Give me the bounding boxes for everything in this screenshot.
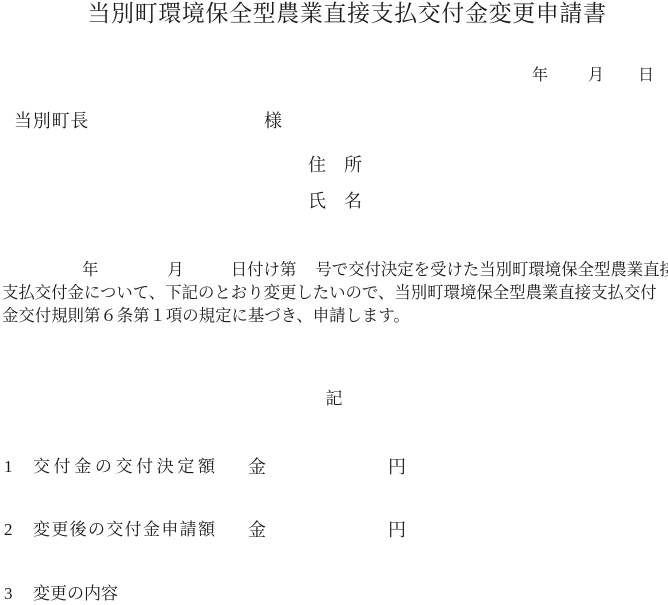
item-row-2: 2 変更後の交付金申請額 金 円 (0, 519, 668, 545)
day-blank-field (184, 259, 231, 275)
application-sentence-line2: 支払交付金について、下記のとおり変更したいので、当別町環境保全型農業直接支払交付 (2, 283, 657, 304)
addressee-name: 当別町長 (14, 110, 89, 133)
date-month-label: 月 (588, 66, 604, 86)
item-row-3: 3 変更の内容 (0, 583, 668, 605)
item-1-currency-suffix-label: 円 (388, 456, 406, 479)
body-line1-text: 号で交付決定を受けた当別町環境保全型農業直接 (315, 260, 668, 281)
record-heading: 記 (0, 388, 668, 409)
item-2-amount-blank-field (272, 519, 382, 539)
month-blank-field (98, 259, 167, 275)
applicant-name-label: 氏 名 (308, 190, 362, 213)
item-2-currency-suffix-label: 円 (388, 519, 406, 542)
body-day-and-number-prefix-label: 日付け第 (231, 260, 297, 281)
item-1-label: 交付金の交付決定額 (33, 456, 215, 477)
item-1-currency-prefix-label: 金 (248, 456, 266, 479)
date-year-label: 年 (532, 66, 548, 86)
year-blank-field (2, 259, 82, 275)
item-2-currency-prefix-label: 金 (248, 519, 266, 542)
body-month-unit-label: 月 (167, 260, 183, 281)
item-2-number: 2 (4, 519, 13, 540)
document-title: 当別町環境保全型農業直接支払交付金変更申請書 (0, 0, 668, 29)
date-day-label: 日 (638, 66, 654, 86)
item-1-amount-blank-field (272, 456, 382, 476)
application-sentence-line1: 年 月 日付け第 号で交付決定を受けた当別町環境保全型農業直接 (2, 259, 668, 281)
item-row-1: 1 交付金の交付決定額 金 円 (0, 456, 668, 482)
document-number-blank-field (296, 259, 315, 275)
item-3-number: 3 (4, 583, 13, 604)
date-line: 年 月 日 (0, 66, 668, 88)
applicant-address-label: 住 所 (308, 154, 362, 177)
honorific-label: 様 (264, 110, 282, 133)
item-1-number: 1 (4, 456, 13, 477)
item-3-label: 変更の内容 (33, 583, 118, 604)
application-sentence-line3: 金交付規則第６条第１項の規定に基づき、申請します。 (2, 306, 410, 327)
body-year-unit-label: 年 (82, 260, 98, 281)
item-2-label: 変更後の交付金申請額 (33, 519, 215, 540)
document-page: 当別町環境保全型農業直接支払交付金変更申請書 年 月 日 当別町長 様 住 所 … (0, 0, 668, 605)
